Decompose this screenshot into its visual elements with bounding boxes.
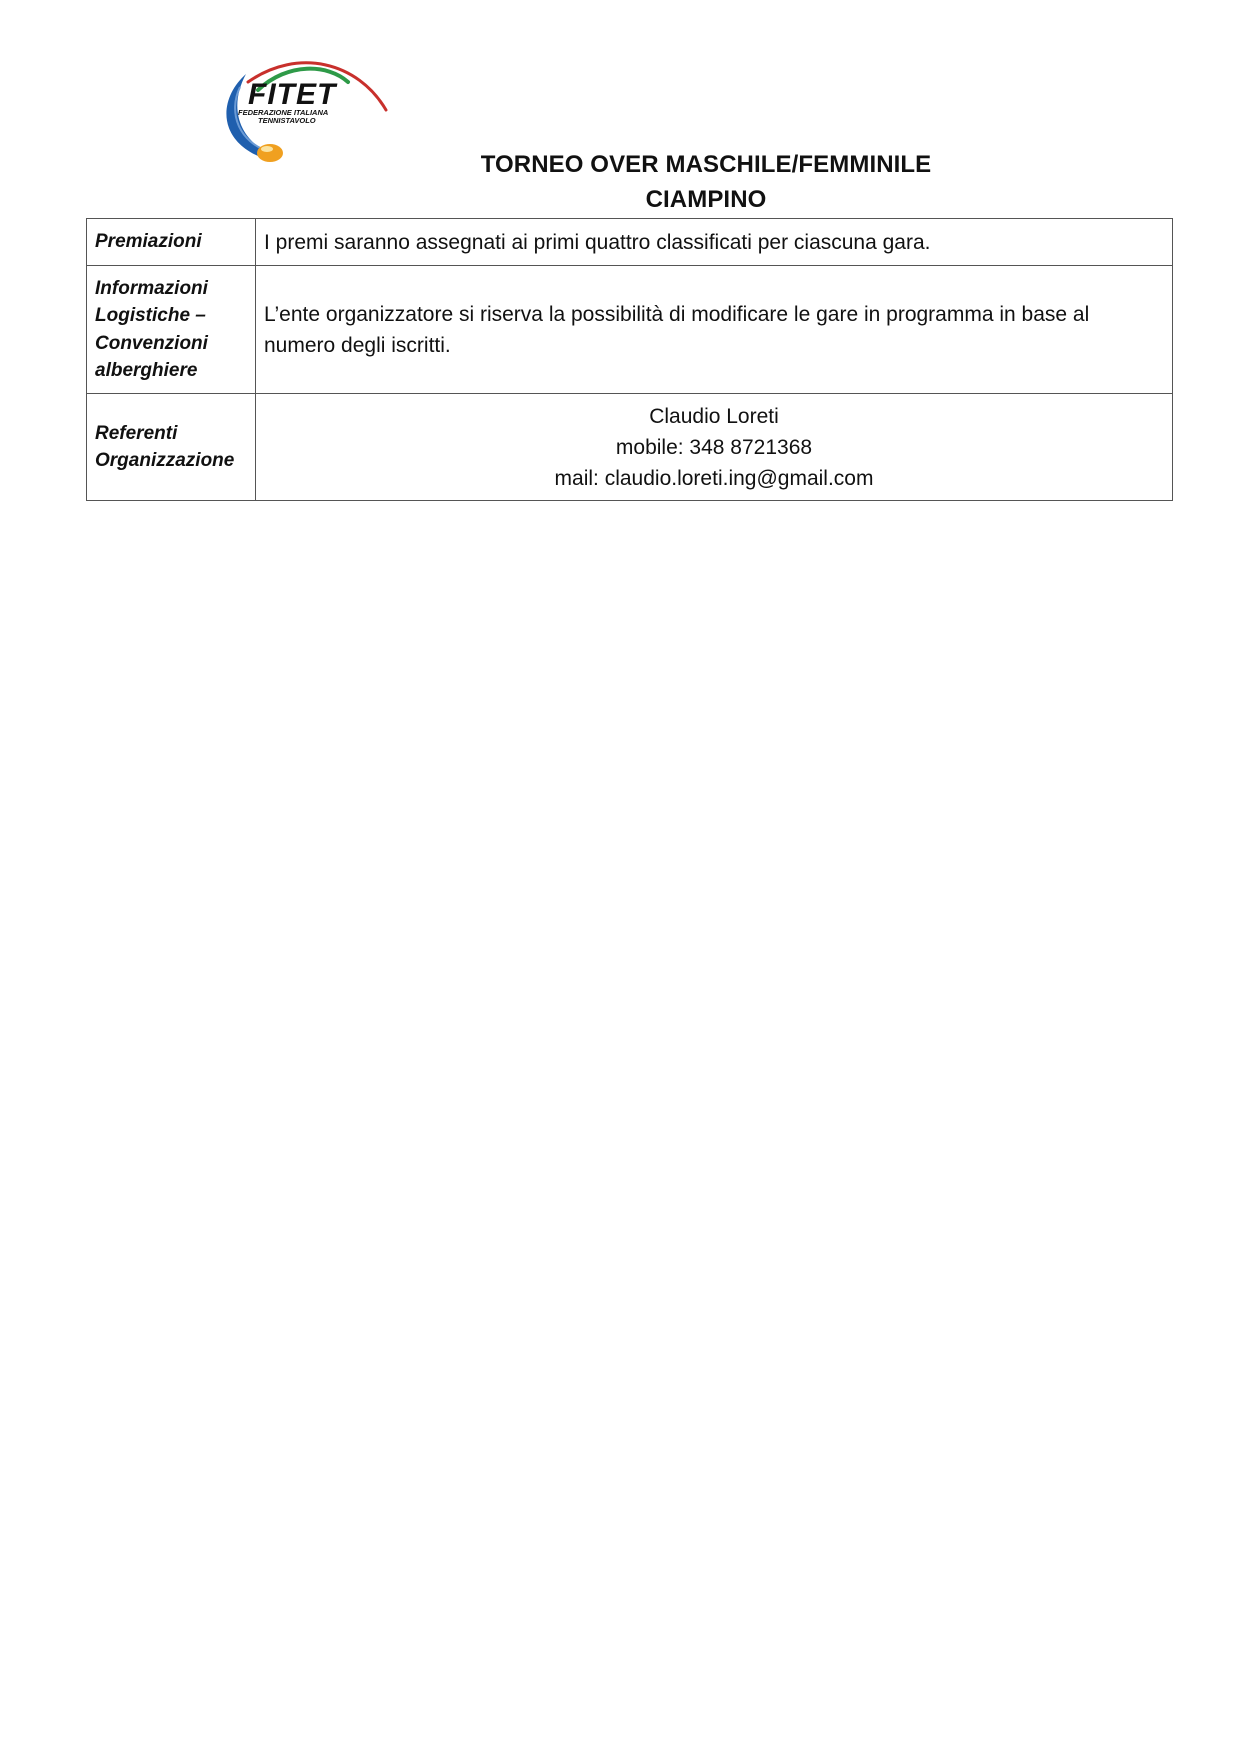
row-label-text: Informazioni: [95, 275, 247, 303]
document-subtitle-location: CIAMPINO: [300, 186, 1112, 214]
row-label-text: Referenti: [95, 420, 247, 448]
table-row-premiazioni: Premiazioni I premi saranno assegnati ai…: [87, 219, 1173, 266]
row-value-text: I premi saranno assegnati ai primi quatt…: [264, 227, 1164, 258]
row-value: I premi saranno assegnati ai primi quatt…: [256, 219, 1173, 266]
row-value-text: numero degli iscritti.: [264, 330, 1164, 361]
row-label: Referenti Organizzazione: [87, 394, 256, 501]
row-label: Informazioni Logistiche – Convenzioni al…: [87, 266, 256, 394]
table-row-informazioni-logistiche: Informazioni Logistiche – Convenzioni al…: [87, 266, 1173, 394]
logo-subtitle-2: TENNISTAVOLO: [258, 116, 316, 125]
row-label-text: Logistiche –: [95, 302, 247, 330]
row-label-text: alberghiere: [95, 357, 247, 385]
row-value-text: L’ente organizzatore si riserva la possi…: [264, 299, 1164, 330]
contact-mobile: mobile: 348 8721368: [264, 432, 1164, 463]
row-label-text: Premiazioni: [95, 228, 247, 256]
info-table: Premiazioni I premi saranno assegnati ai…: [86, 218, 1173, 501]
row-label: Premiazioni: [87, 219, 256, 266]
row-label-text: Organizzazione: [95, 447, 247, 475]
row-label-text: Convenzioni: [95, 330, 247, 358]
table-row-referenti: Referenti Organizzazione Claudio Loreti …: [87, 394, 1173, 501]
logo-name: FITET: [248, 78, 338, 111]
row-value: L’ente organizzatore si riserva la possi…: [256, 266, 1173, 394]
contact-name: Claudio Loreti: [264, 401, 1164, 432]
contact-email: mail: claudio.loreti.ing@gmail.com: [264, 463, 1164, 494]
document-title: TORNEO OVER MASCHILE/FEMMINILE: [300, 151, 1112, 179]
row-value: Claudio Loreti mobile: 348 8721368 mail:…: [256, 394, 1173, 501]
